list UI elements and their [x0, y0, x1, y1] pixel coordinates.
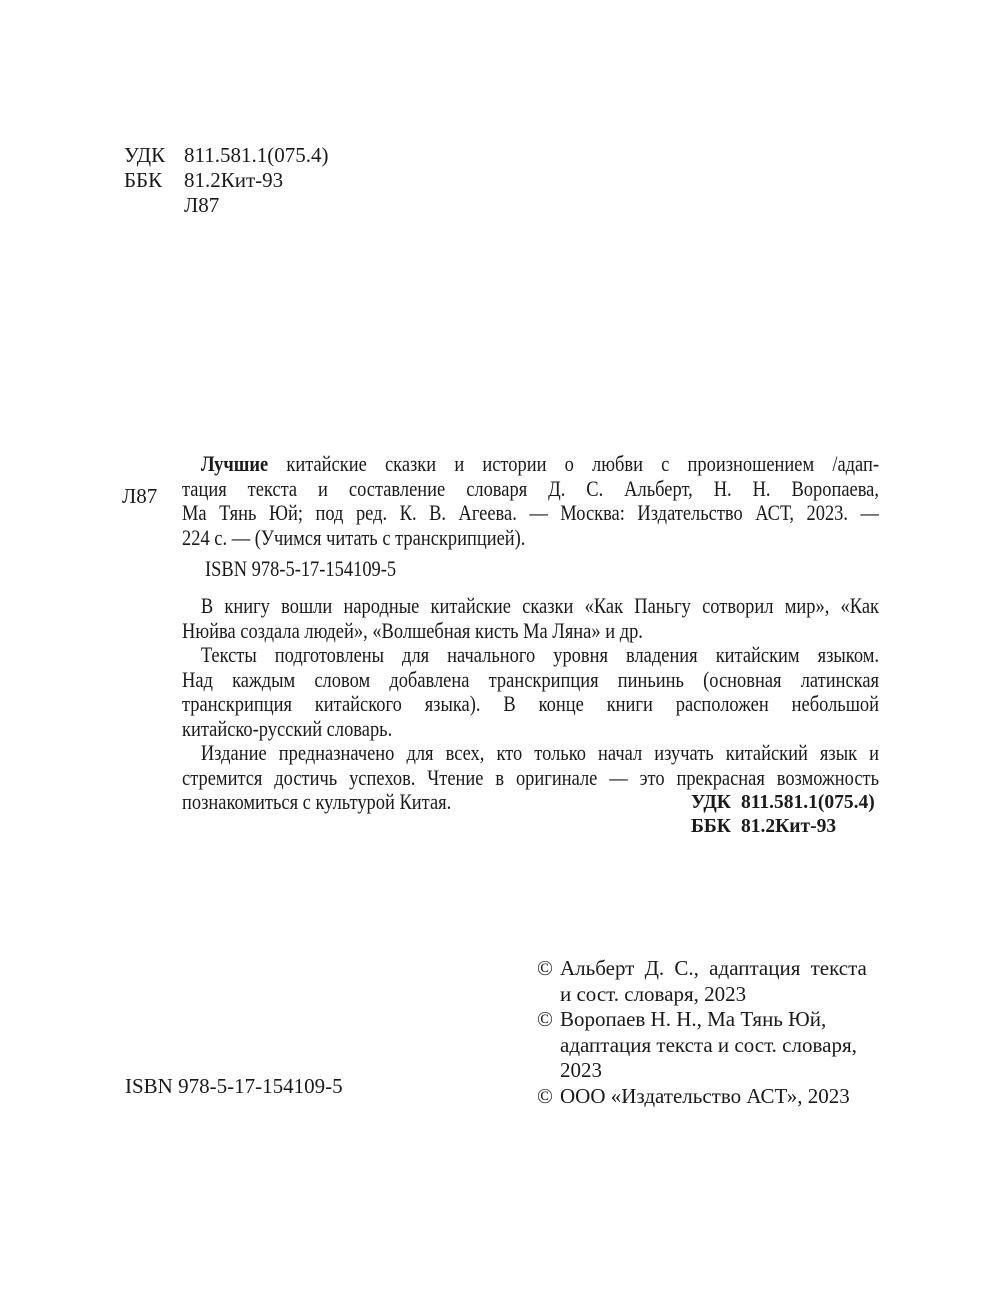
bbk-bold-row: ББК 81.2Кит-93 — [691, 815, 875, 839]
udk-bold-label: УДК — [691, 791, 741, 815]
classification-codes: УДК 811.581.1(075.4) ББК 81.2Кит-93 Л87 — [124, 143, 328, 218]
desc-line-2: Нюйва создала людей», «Волшебная кисть М… — [182, 619, 879, 644]
bbk-bold-value: 81.2Кит-93 — [741, 815, 836, 839]
biblio-line-4: 224 с. — (Учимся читать с транскрипцией)… — [182, 526, 879, 551]
author-sign: Л87 — [184, 193, 219, 218]
copyright-block: © Альберт Д. С., адаптация текста и сост… — [537, 956, 867, 1109]
author-sign-row: Л87 — [124, 193, 328, 218]
copyright-item: © Альберт Д. С., адаптация текста и сост… — [537, 956, 867, 1007]
isbn-bottom: ISBN 978-5-17-154109-5 — [125, 1074, 343, 1099]
annotation-description: В книгу вошли народные китайские сказки … — [182, 594, 879, 815]
bbk-row: ББК 81.2Кит-93 — [124, 168, 328, 193]
annotation-isbn: ISBN 978-5-17-154109-5 — [205, 557, 396, 582]
copyright-icon: © — [537, 956, 560, 1007]
udk-label: УДК — [124, 143, 184, 168]
desc-line-1: В книгу вошли народные китайские сказки … — [182, 594, 879, 619]
udk-value: 811.581.1(075.4) — [184, 143, 328, 168]
bbk-label: ББК — [124, 168, 184, 193]
classification-codes-bold: УДК 811.581.1(075.4) ББК 81.2Кит-93 — [691, 791, 875, 839]
udk-row: УДК 811.581.1(075.4) — [124, 143, 328, 168]
desc-line-3: Тексты подготовлены для начального уровн… — [182, 643, 879, 668]
udk-bold-row: УДК 811.581.1(075.4) — [691, 791, 875, 815]
biblio-line-2: тация текста и составление словаря Д. С.… — [182, 477, 879, 502]
bibliographic-entry: Лучшие китайские сказки и истории о любв… — [182, 452, 879, 550]
desc-line-4: Над каждым словом добавлена транскрипция… — [182, 668, 879, 693]
copyright-item: © ООО «Издательство АСТ», 2023 — [537, 1084, 867, 1110]
copyright-item: © Воропаев Н. Н., Ма Тянь Юй, адаптация … — [537, 1007, 867, 1084]
annotation-author-sign: Л87 — [122, 484, 157, 509]
desc-line-7: Издание предназначено для всех, кто толь… — [182, 741, 879, 766]
copyright-icon: © — [537, 1007, 560, 1084]
bbk-value: 81.2Кит-93 — [184, 168, 283, 193]
book-title-bold: Лучшие — [201, 451, 268, 476]
desc-line-8: стремится достичь успехов. Чтение в ориг… — [182, 766, 879, 791]
udk-bold-value: 811.581.1(075.4) — [741, 791, 875, 815]
biblio-line-3: Ма Тянь Юй; под ред. К. В. Агеева. — Мос… — [182, 501, 879, 526]
biblio-line-1: Лучшие китайские сказки и истории о любв… — [182, 452, 879, 477]
desc-line-6: китайско-русский словарь. — [182, 717, 879, 742]
copyright-icon: © — [537, 1084, 560, 1110]
bbk-bold-label: ББК — [691, 815, 741, 839]
desc-line-5: транскрипция китайского языка). В конце … — [182, 692, 879, 717]
